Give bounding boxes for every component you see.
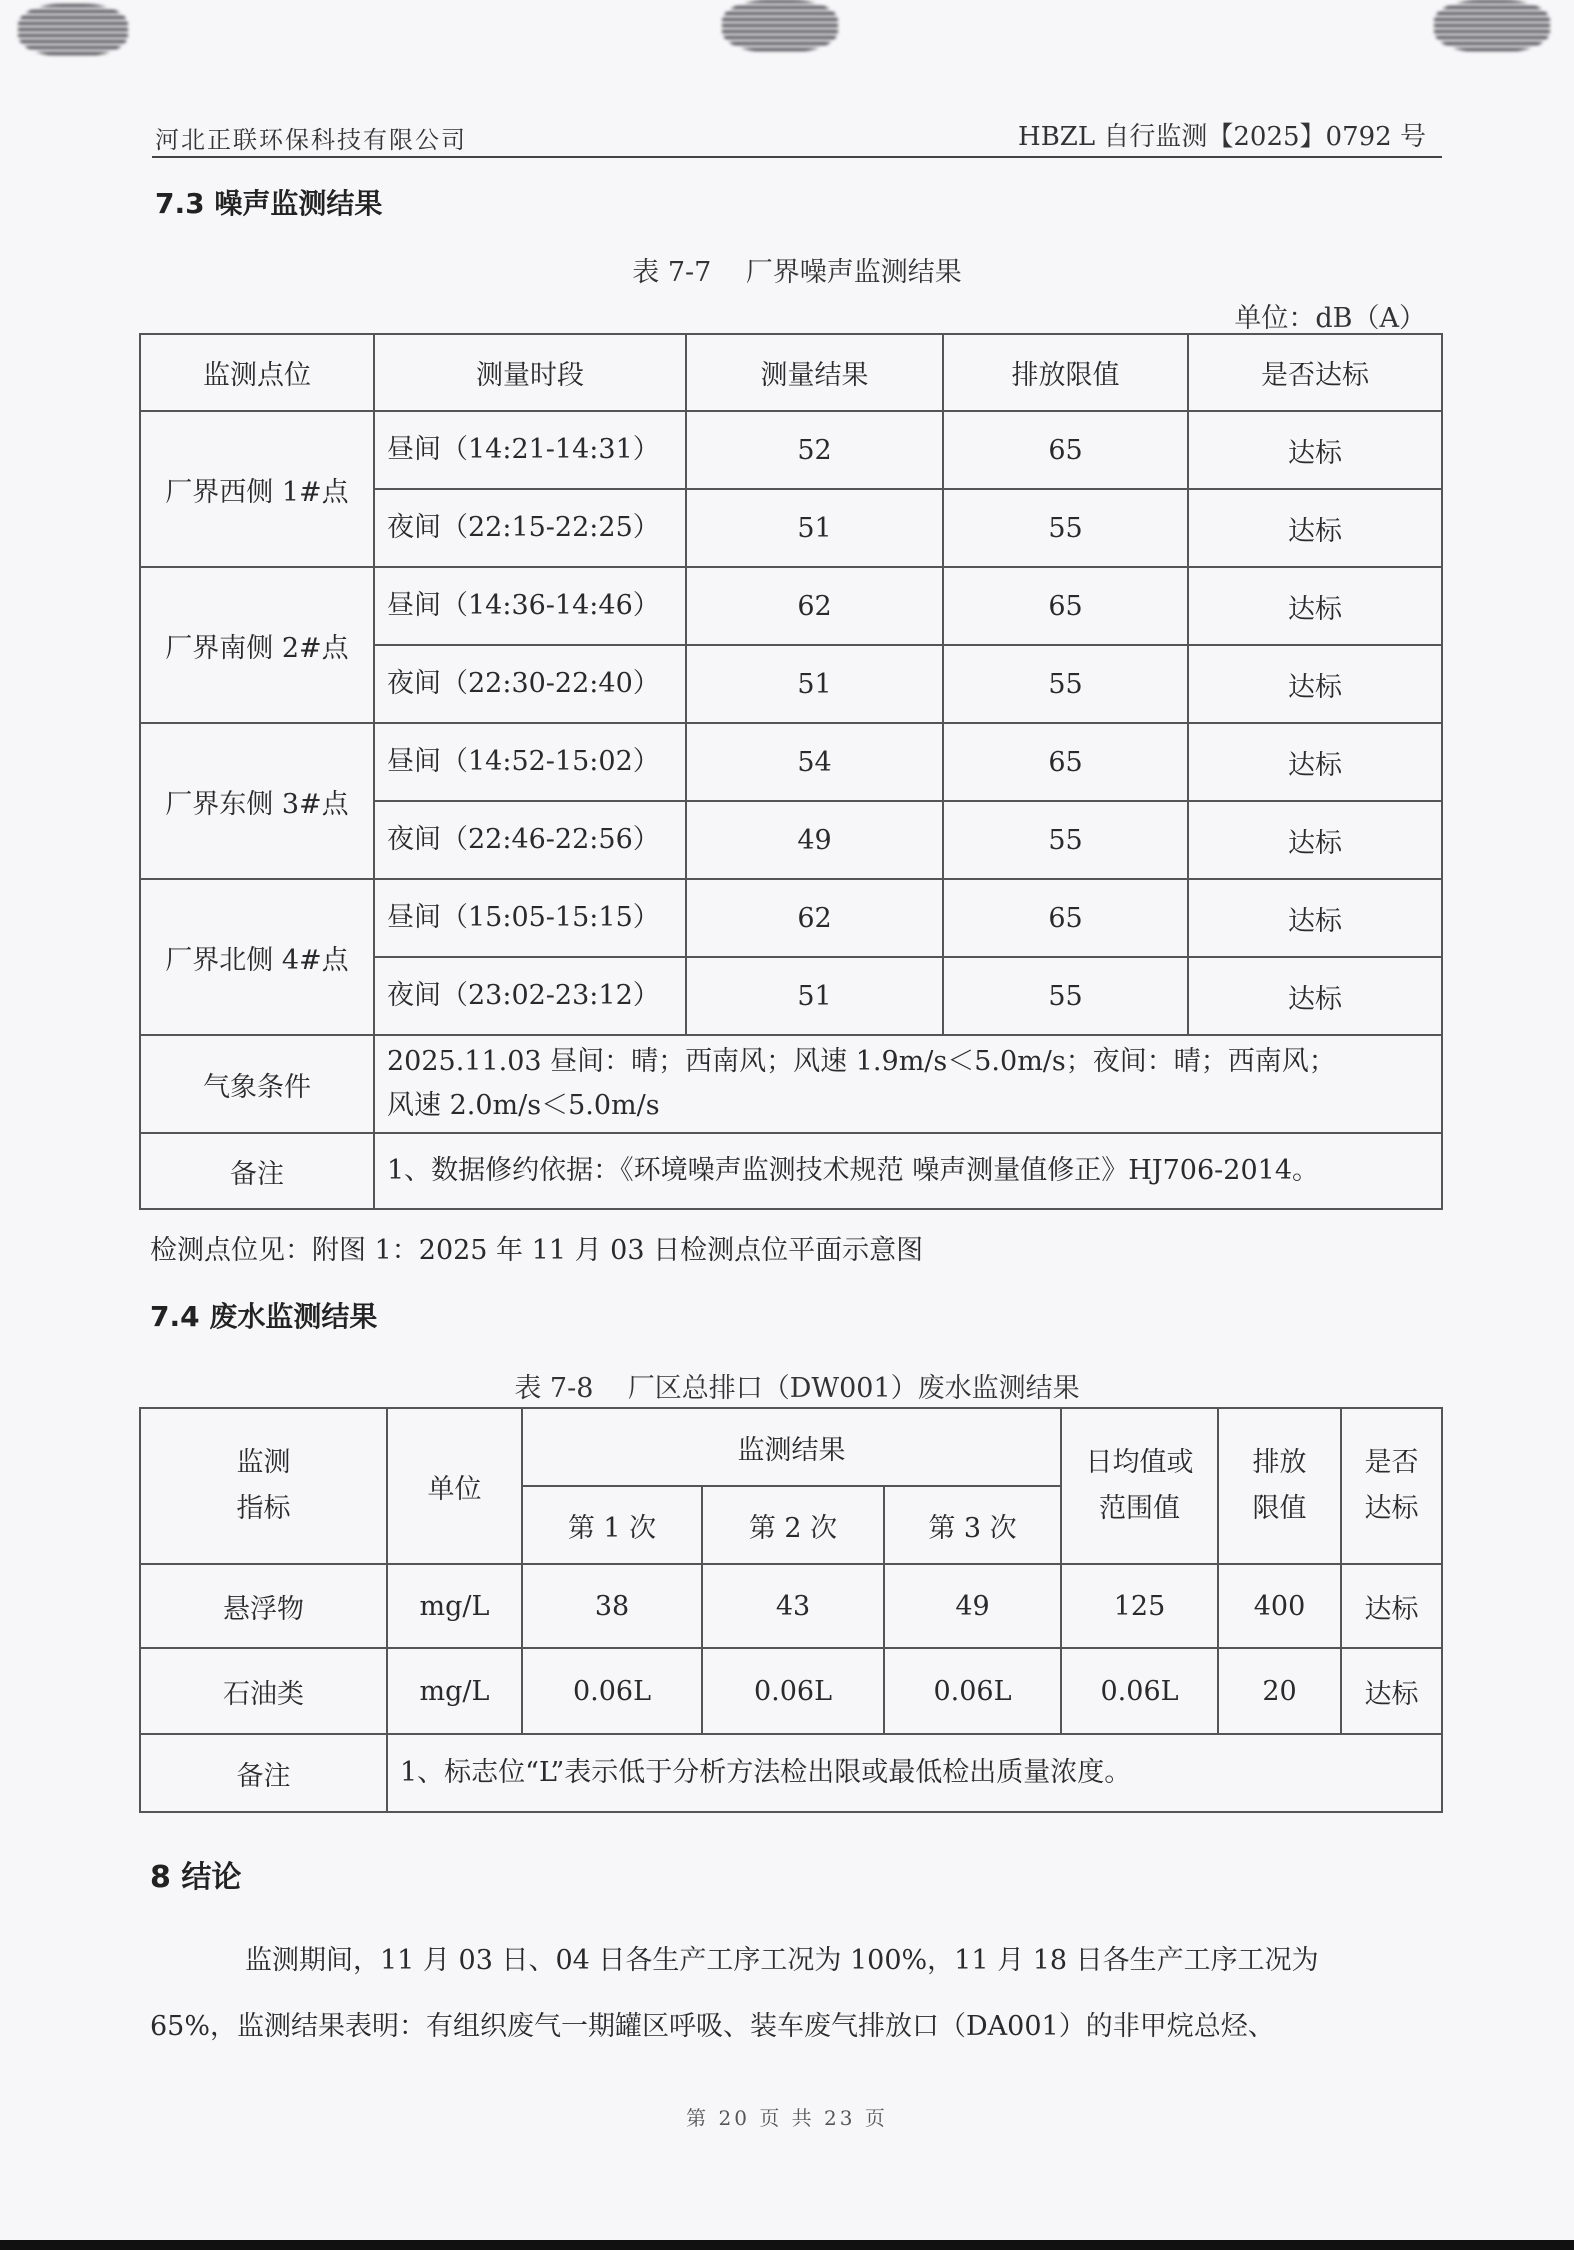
period-cell: 夜间（22:46-22:56）	[374, 801, 686, 879]
status-cell: 达标	[1188, 645, 1442, 723]
col-header-result: 测量结果	[686, 334, 943, 411]
table-row: 厂界南侧 2#点 昼间（14:36-14:46） 62 65 达标	[140, 567, 1442, 645]
report-number: HBZL 自行监测【2025】0792 号	[1018, 116, 1426, 153]
note-label: 备注	[140, 1734, 387, 1812]
limit-cell: 400	[1218, 1564, 1341, 1648]
header-text: 是否	[1342, 1440, 1441, 1486]
header-text: 达标	[1342, 1486, 1441, 1532]
header-text: 监测	[141, 1440, 386, 1486]
run1-cell: 38	[522, 1564, 702, 1648]
note-value: 1、标志位“L”表示低于分析方法检出限或最低检出质量浓度。	[387, 1734, 1442, 1812]
daily-cell: 125	[1061, 1564, 1218, 1648]
run3-cell: 0.06L	[884, 1648, 1061, 1734]
limit-cell: 55	[943, 801, 1188, 879]
col-header-daily: 日均值或 范围值	[1061, 1408, 1218, 1564]
status-cell: 达标	[1341, 1648, 1442, 1734]
header-text: 日均值或	[1062, 1440, 1217, 1486]
status-cell: 达标	[1188, 801, 1442, 879]
scan-artifact-center	[722, 0, 838, 52]
limit-cell: 55	[943, 645, 1188, 723]
conclusion-line-2: 65%，监测结果表明：有组织废气一期罐区呼吸、装车废气排放口（DA001）的非甲…	[150, 2004, 1275, 2043]
period-cell: 昼间（14:21-14:31）	[374, 411, 686, 489]
result-cell: 52	[686, 411, 943, 489]
table-row: 厂界西侧 1#点 昼间（14:21-14:31） 52 65 达标	[140, 411, 1442, 489]
point-cell: 厂界南侧 2#点	[140, 567, 374, 723]
period-cell: 夜间（22:30-22:40）	[374, 645, 686, 723]
limit-cell: 65	[943, 879, 1188, 957]
indicator-cell: 石油类	[140, 1648, 387, 1734]
table-row: 悬浮物 mg/L 38 43 49 125 400 达标	[140, 1564, 1442, 1648]
limit-cell: 65	[943, 567, 1188, 645]
weather-line-1: 2025.11.03 昼间：晴；西南风；风速 1.9m/s＜5.0m/s；夜间：…	[387, 1040, 1441, 1084]
point-cell: 厂界东侧 3#点	[140, 723, 374, 879]
status-cell: 达标	[1188, 879, 1442, 957]
col-header-status: 是否达标	[1188, 334, 1442, 411]
status-cell: 达标	[1188, 567, 1442, 645]
col-header-run1: 第 1 次	[522, 1486, 702, 1564]
period-cell: 昼间（14:36-14:46）	[374, 567, 686, 645]
scan-artifact-right	[1434, 0, 1550, 52]
period-cell: 昼间（15:05-15:15）	[374, 879, 686, 957]
period-cell: 夜间（22:15-22:25）	[374, 489, 686, 567]
header-text: 排放	[1219, 1440, 1340, 1486]
section-title-7-4: 7.4 废水监测结果	[150, 1295, 377, 1335]
weather-value: 2025.11.03 昼间：晴；西南风；风速 1.9m/s＜5.0m/s；夜间：…	[374, 1035, 1442, 1133]
col-header-indicator: 监测 指标	[140, 1408, 387, 1564]
page-number: 第 20 页 共 23 页	[0, 2102, 1574, 2131]
run3-cell: 49	[884, 1564, 1061, 1648]
result-cell: 54	[686, 723, 943, 801]
table-row: 厂界北侧 4#点 昼间（15:05-15:15） 62 65 达标	[140, 879, 1442, 957]
limit-cell: 55	[943, 489, 1188, 567]
scan-bottom-edge	[0, 2240, 1574, 2250]
col-header-run3: 第 3 次	[884, 1486, 1061, 1564]
noise-results-table: 监测点位 测量时段 测量结果 排放限值 是否达标 厂界西侧 1#点 昼间（14:…	[139, 333, 1443, 1210]
table-row: 厂界东侧 3#点 昼间（14:52-15:02） 54 65 达标	[140, 723, 1442, 801]
unit-cell: mg/L	[387, 1564, 522, 1648]
wastewater-results-table: 监测 指标 单位 监测结果 日均值或 范围值 排放 限值 是否 达标 第 1 次…	[139, 1407, 1443, 1813]
result-cell: 49	[686, 801, 943, 879]
run2-cell: 0.06L	[702, 1648, 884, 1734]
unit-cell: mg/L	[387, 1648, 522, 1734]
limit-cell: 20	[1218, 1648, 1341, 1734]
indicator-cell: 悬浮物	[140, 1564, 387, 1648]
result-cell: 62	[686, 567, 943, 645]
location-note: 检测点位见：附图 1：2025 年 11 月 03 日检测点位平面示意图	[150, 1228, 923, 1267]
table-header-row: 监测点位 测量时段 测量结果 排放限值 是否达标	[140, 334, 1442, 411]
status-cell: 达标	[1188, 411, 1442, 489]
company-name: 河北正联环保科技有限公司	[155, 120, 467, 155]
daily-cell: 0.06L	[1061, 1648, 1218, 1734]
status-cell: 达标	[1188, 957, 1442, 1035]
limit-cell: 65	[943, 411, 1188, 489]
table-caption-7-8: 表 7-8 厂区总排口（DW001）废水监测结果	[0, 1366, 1574, 1405]
period-cell: 昼间（14:52-15:02）	[374, 723, 686, 801]
limit-cell: 55	[943, 957, 1188, 1035]
period-cell: 夜间（23:02-23:12）	[374, 957, 686, 1035]
run1-cell: 0.06L	[522, 1648, 702, 1734]
point-cell: 厂界北侧 4#点	[140, 879, 374, 1035]
note-label: 备注	[140, 1133, 374, 1209]
weather-label: 气象条件	[140, 1035, 374, 1133]
conclusion-line-1: 监测期间，11 月 03 日、04 日各生产工序工况为 100%，11 月 18…	[245, 1938, 1319, 1977]
section-title-7-3: 7.3 噪声监测结果	[155, 182, 382, 222]
note-row: 备注 1、标志位“L”表示低于分析方法检出限或最低检出质量浓度。	[140, 1734, 1442, 1812]
header-text: 限值	[1219, 1486, 1340, 1532]
table-caption-7-7: 表 7-7 厂界噪声监测结果	[0, 250, 1574, 289]
header-text: 范围值	[1062, 1486, 1217, 1532]
col-header-period: 测量时段	[374, 334, 686, 411]
header-divider	[152, 156, 1442, 158]
limit-cell: 65	[943, 723, 1188, 801]
unit-label: 单位：dB（A）	[1234, 296, 1426, 335]
col-header-limit: 排放限值	[943, 334, 1188, 411]
col-header-results: 监测结果	[522, 1408, 1061, 1486]
result-cell: 51	[686, 645, 943, 723]
col-header-run2: 第 2 次	[702, 1486, 884, 1564]
section-title-8: 8 结论	[150, 1852, 241, 1896]
col-header-point: 监测点位	[140, 334, 374, 411]
status-cell: 达标	[1188, 723, 1442, 801]
table-header-row: 监测 指标 单位 监测结果 日均值或 范围值 排放 限值 是否 达标	[140, 1408, 1442, 1486]
result-cell: 51	[686, 957, 943, 1035]
status-cell: 达标	[1188, 489, 1442, 567]
point-cell: 厂界西侧 1#点	[140, 411, 374, 567]
col-header-limit: 排放 限值	[1218, 1408, 1341, 1564]
col-header-unit: 单位	[387, 1408, 522, 1564]
run2-cell: 43	[702, 1564, 884, 1648]
note-row: 备注 1、数据修约依据：《环境噪声监测技术规范 噪声测量值修正》HJ706-20…	[140, 1133, 1442, 1209]
result-cell: 62	[686, 879, 943, 957]
weather-row: 气象条件 2025.11.03 昼间：晴；西南风；风速 1.9m/s＜5.0m/…	[140, 1035, 1442, 1133]
table-row: 石油类 mg/L 0.06L 0.06L 0.06L 0.06L 20 达标	[140, 1648, 1442, 1734]
header-text: 指标	[141, 1486, 386, 1532]
result-cell: 51	[686, 489, 943, 567]
col-header-status: 是否 达标	[1341, 1408, 1442, 1564]
scan-artifact-left	[18, 4, 128, 56]
status-cell: 达标	[1341, 1564, 1442, 1648]
weather-line-2: 风速 2.0m/s＜5.0m/s	[387, 1084, 1441, 1128]
note-value: 1、数据修约依据：《环境噪声监测技术规范 噪声测量值修正》HJ706-2014。	[374, 1133, 1442, 1209]
